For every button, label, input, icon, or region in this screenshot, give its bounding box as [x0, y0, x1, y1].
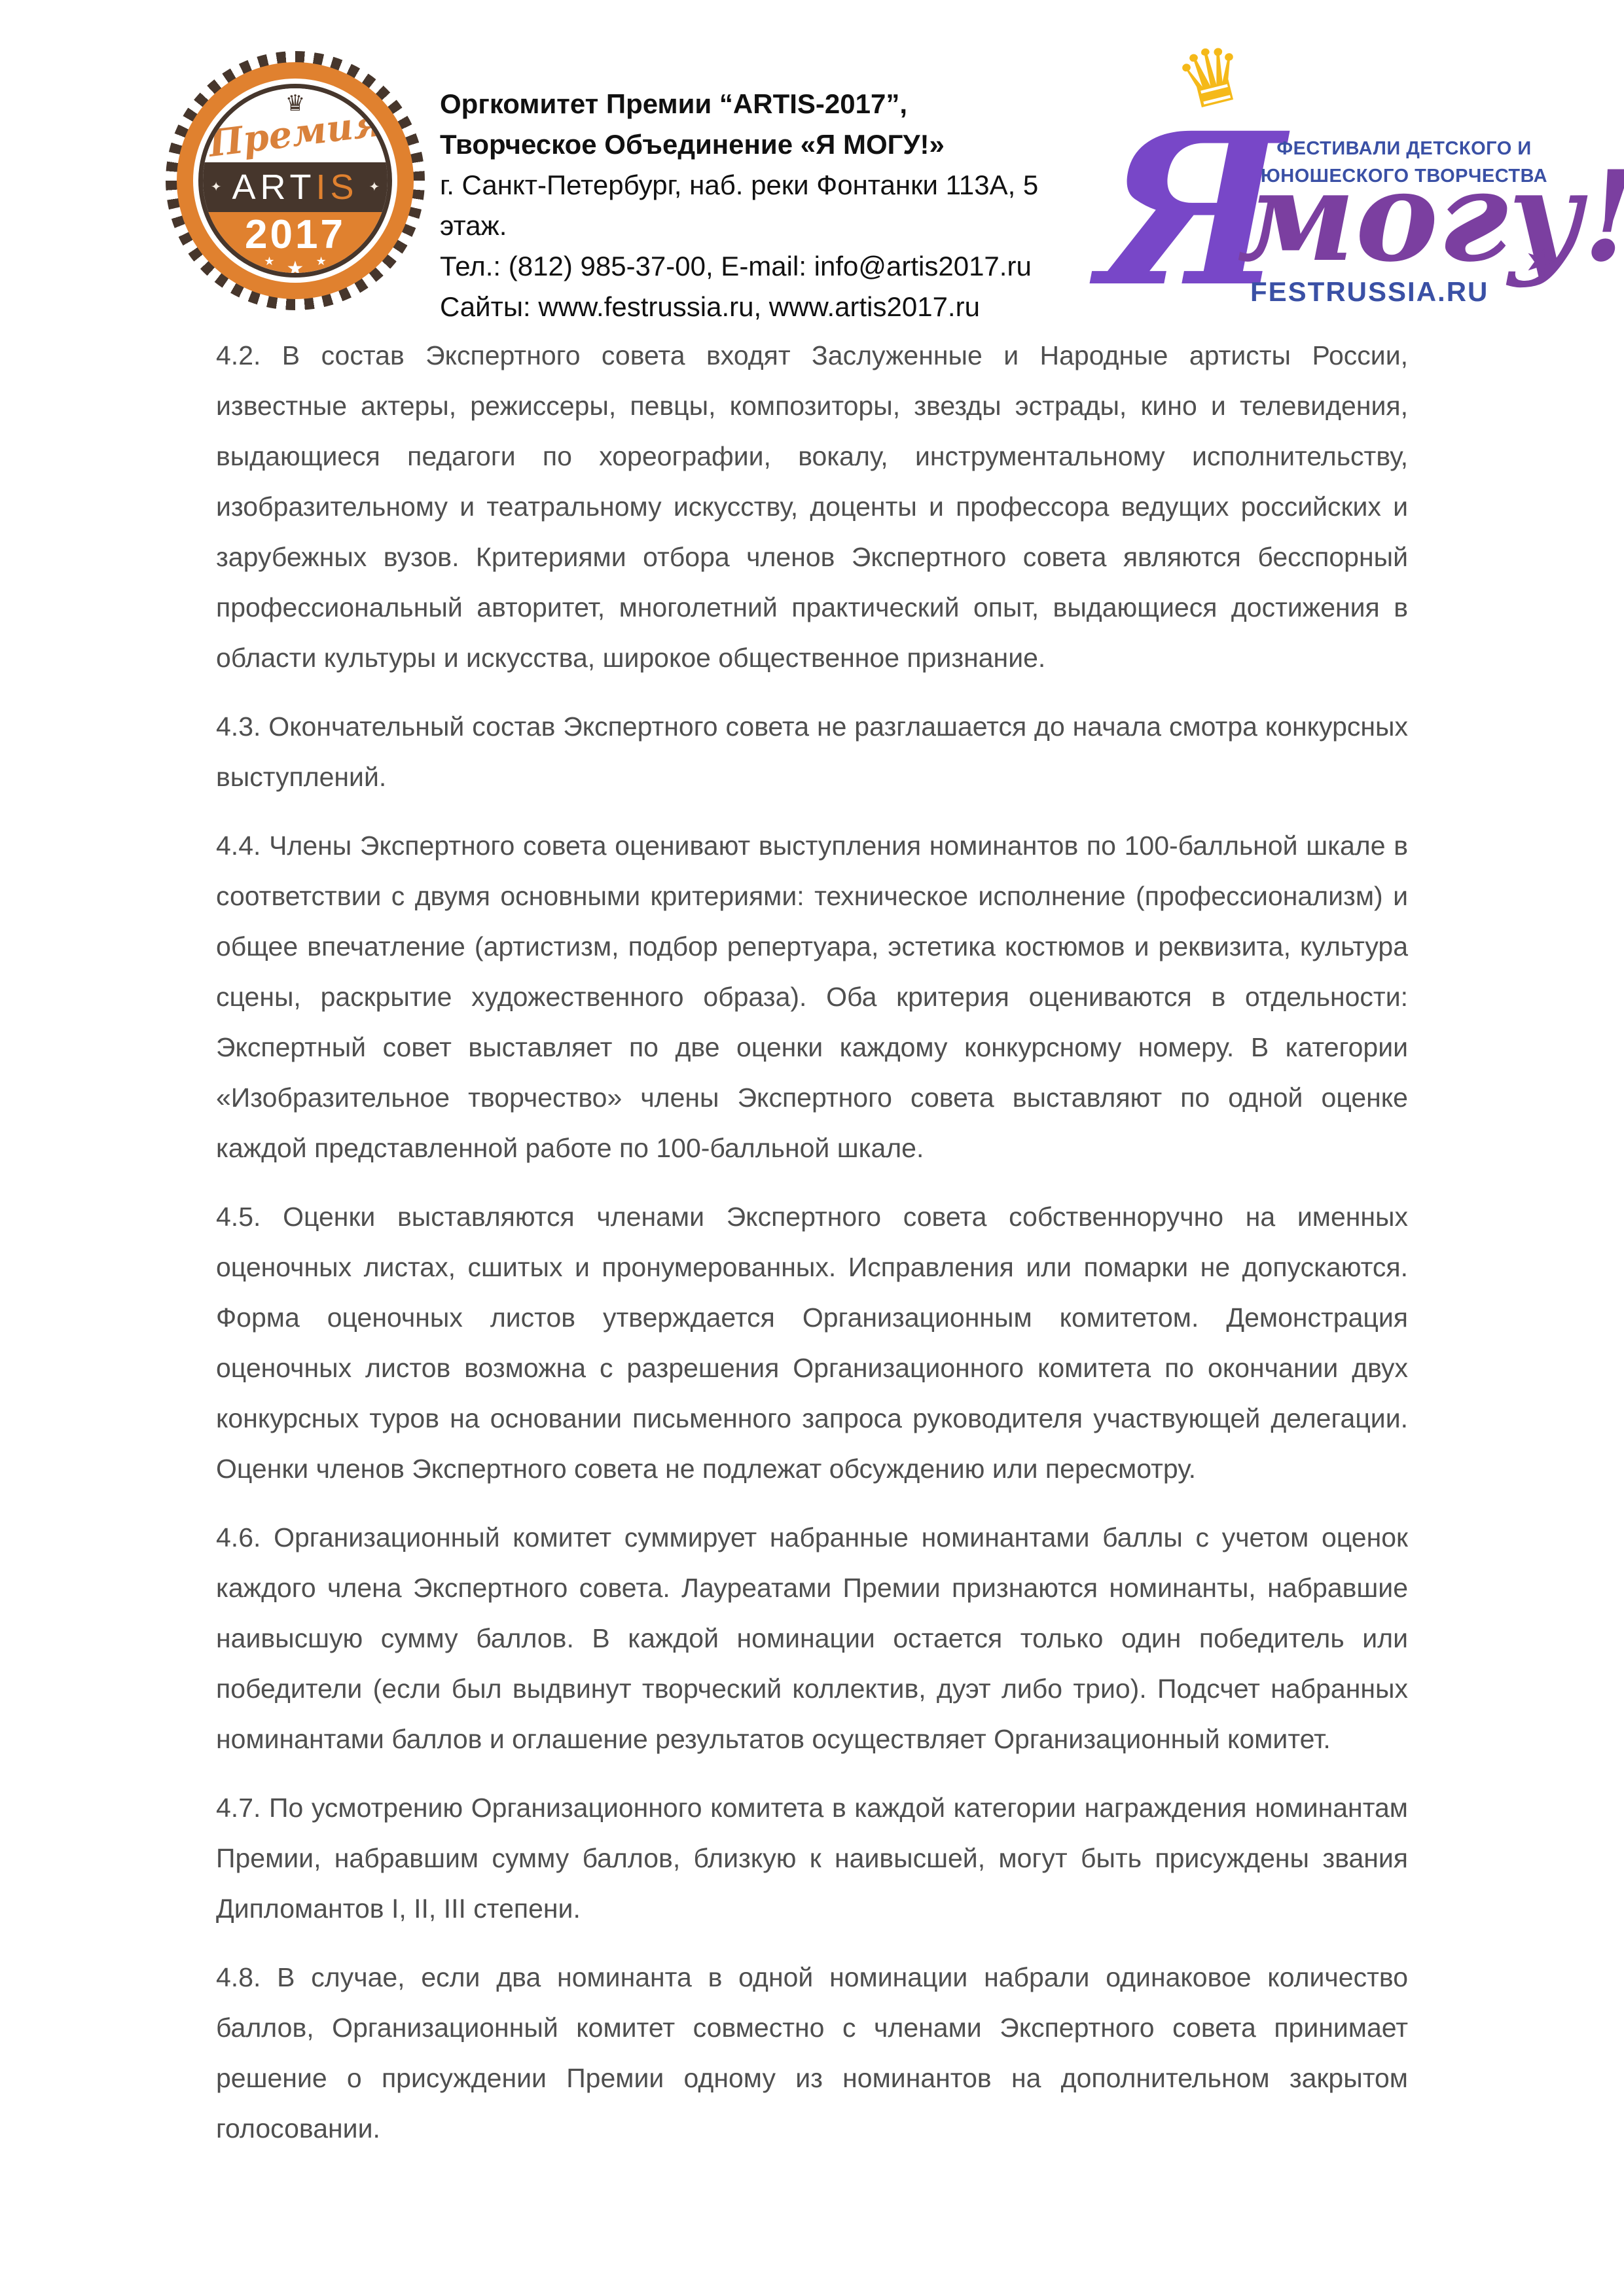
org-phone-email-line: Тел.: (812) 985-37-00, E-mail: info@arti… — [440, 246, 1108, 287]
badge-stars: ★ ★ ★ — [264, 254, 326, 278]
paragraph-4-7: 4.7. По усмотрению Организационного коми… — [216, 1783, 1408, 1934]
paragraph-4-8: 4.8. В случае, если два номинанта в одно… — [216, 1952, 1408, 2154]
org-contact-block: Оргкомитет Премии “ARTIS-2017”, Творческ… — [440, 84, 1108, 327]
letterhead: ♛ Премия ✦ ARTIS ✦ 2017 ★ ★ ★ — [0, 0, 1624, 327]
badge-inner-disc: ♛ Премия ✦ ARTIS ✦ 2017 ★ ★ ★ — [198, 84, 392, 278]
badge-name-orange: IS — [316, 168, 359, 207]
badge-year: 2017 — [245, 215, 346, 255]
badge-name-band: ✦ ARTIS ✦ — [203, 162, 388, 212]
paragraph-4-4: 4.4. Члены Экспертного совета оценивают … — [216, 821, 1408, 1174]
star-icon: ★ — [316, 255, 326, 267]
logo-site-label: FESTRUSSIA.RU — [1250, 276, 1489, 308]
document-body: 4.2. В состав Экспертного совета входят … — [216, 331, 1408, 2172]
star-icon: ★ — [287, 259, 304, 278]
org-association-line: Творческое Объединение «Я МОГУ!» — [440, 124, 1108, 165]
logo-wordmark-mogu: могу! — [1237, 154, 1624, 279]
paragraph-4-2: 4.2. В состав Экспертного совета входят … — [216, 331, 1408, 683]
org-committee-line: Оргкомитет Премии “ARTIS-2017”, — [440, 84, 1108, 124]
four-point-star-icon: ✦ — [369, 179, 380, 195]
paragraph-4-3: 4.3. Окончательный состав Экспертного со… — [216, 702, 1408, 802]
paragraph-4-5: 4.5. Оценки выставляются членами Эксперт… — [216, 1192, 1408, 1494]
document-page: ♛ Премия ✦ ARTIS ✦ 2017 ★ ★ ★ — [0, 0, 1624, 2296]
org-websites-line: Сайты: www.festrussia.ru, www.artis2017.… — [440, 287, 1108, 327]
four-point-star-icon: ✦ — [211, 179, 222, 195]
org-address-line: г. Санкт-Петербург, наб. реки Фонтанки 1… — [440, 165, 1108, 246]
artis-2017-logo: ♛ Премия ✦ ARTIS ✦ 2017 ★ ★ ★ — [166, 51, 425, 310]
star-icon: ★ — [264, 255, 274, 267]
badge-name: ARTIS — [232, 170, 358, 205]
paragraph-4-6: 4.6. Организационный комитет суммирует н… — [216, 1513, 1408, 1765]
badge-script-label: Премия — [206, 104, 384, 163]
badge-name-white: ART — [232, 168, 316, 207]
ya-mogu-logo: ♛ Я ФЕСТИВАЛИ ДЕТСКОГО И ЮНОШЕСКОГО ТВОР… — [1100, 43, 1571, 325]
